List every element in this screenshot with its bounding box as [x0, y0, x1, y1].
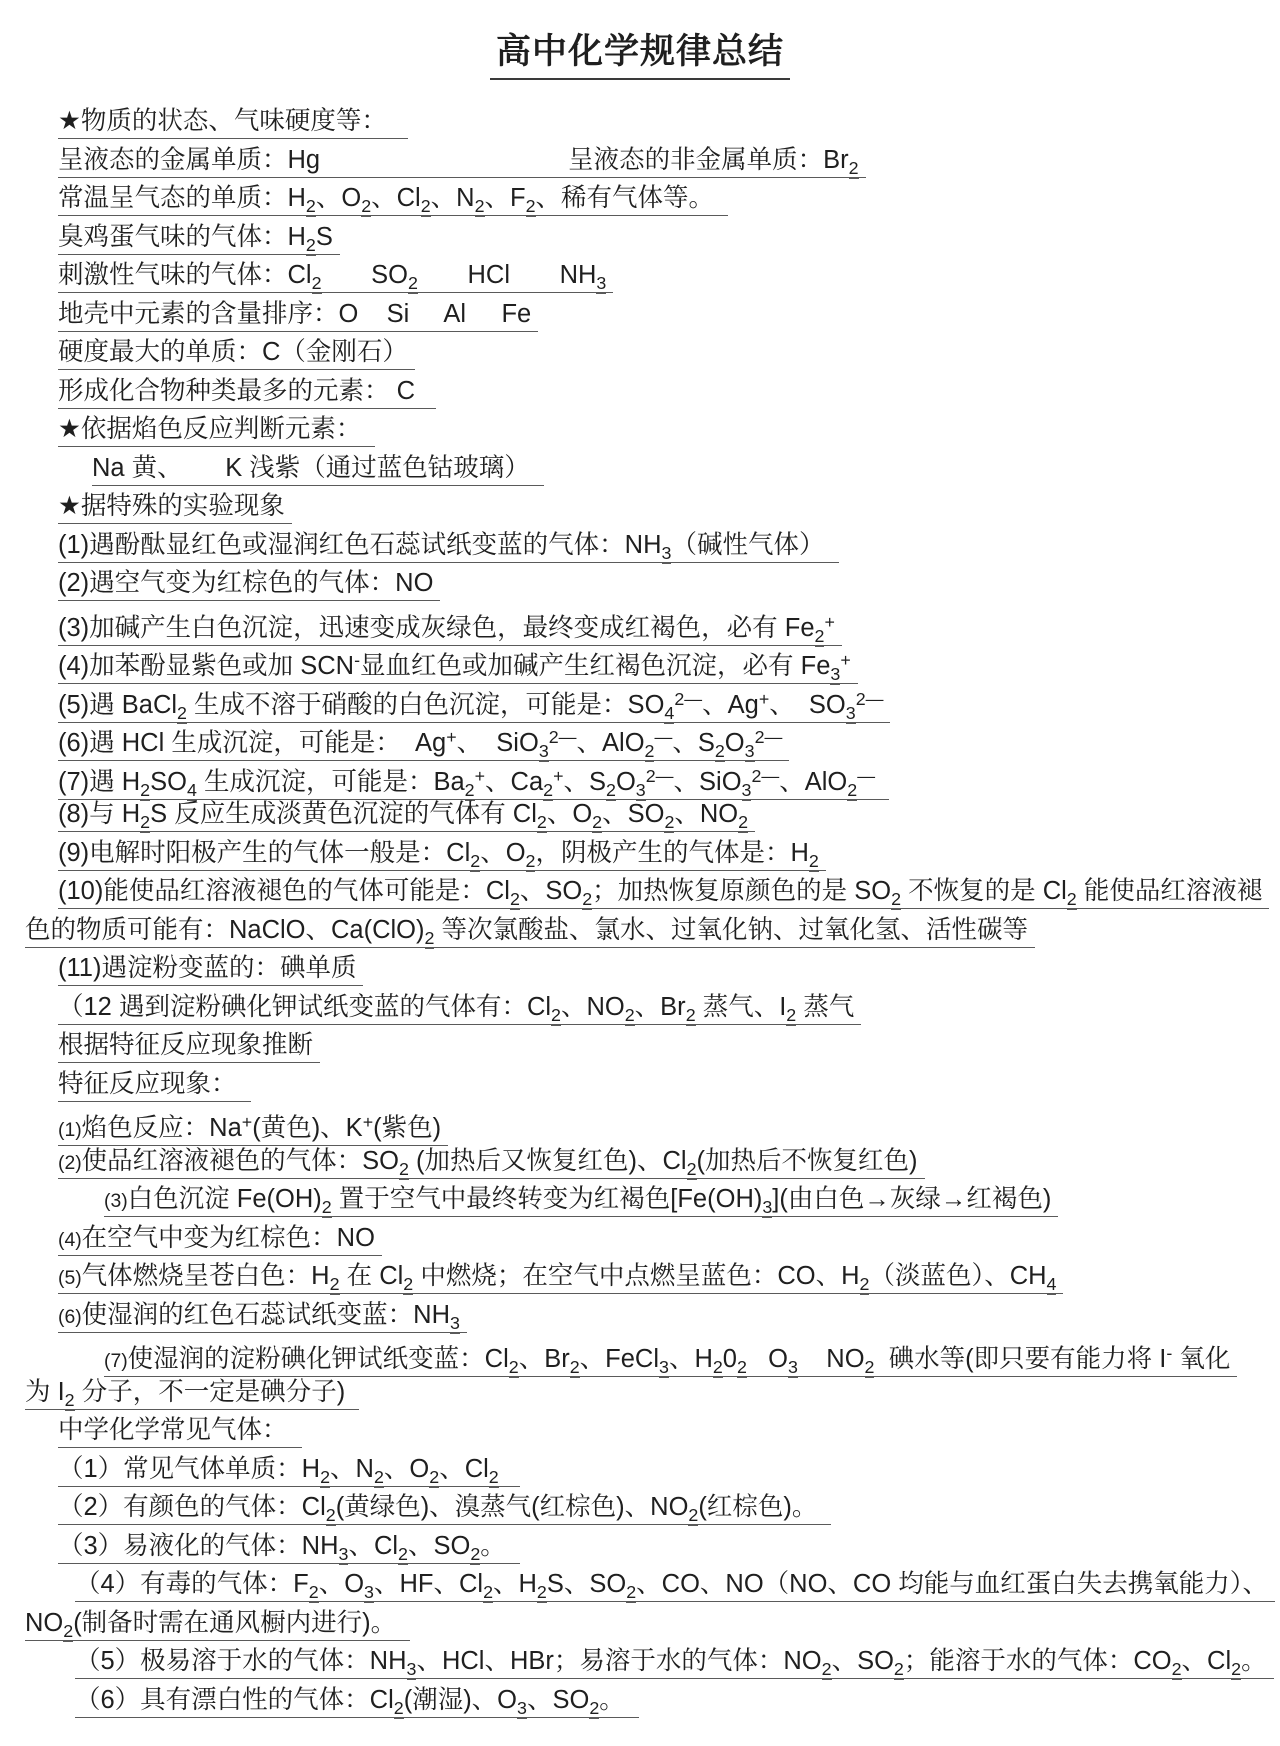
text-line: (2)遇空气变为红棕色的气体：NO — [58, 564, 1280, 603]
text-line-content: （12 遇到淀粉碘化钾试纸变蓝的气体有：Cl2、NO2、Br2 蒸气、I2 蒸气 — [58, 993, 861, 1025]
text-line-content: (2)使品红溶液褪色的气体：SO2 (加热后又恢复红色)、Cl2(加热后不恢复红… — [58, 1147, 925, 1179]
text-line-content: 常温呈气态的单质：H2、O2、Cl2、N2、F2、稀有气体等。 — [58, 184, 728, 216]
text-line: 臭鸡蛋气味的气体：H2S — [58, 218, 1280, 257]
text-line: (6)遇 HCl 生成沉淀，可能是： Ag+、 SiO32—、AlO2—、S2O… — [58, 718, 1280, 757]
document-page: 高中化学规律总结 ★物质的状态、气味硬度等： 呈液态的金属单质：Hg 呈液态的非… — [0, 0, 1280, 1746]
text-line: ★依据焰色反应判断元素： — [58, 410, 1280, 449]
text-line-content: 为 I2 分子，不一定是碘分子) — [25, 1378, 359, 1410]
text-line: (4)加苯酚显紫色或加 SCN-显血红色或加碱产生红褐色沉淀，必有 Fe3+ — [58, 641, 1280, 680]
text-line: (10)能使品红溶液褪色的气体可能是：Cl2、SO2；加热恢复原颜色的是 SO2… — [58, 872, 1280, 911]
text-line-content: (11)遇淀粉变蓝的：碘单质 — [58, 954, 363, 986]
text-line: （12 遇到淀粉碘化钾试纸变蓝的气体有：Cl2、NO2、Br2 蒸气、I2 蒸气 — [58, 988, 1280, 1027]
text-line: (5)遇 BaCl2 生成不溶于硝酸的白色沉淀，可能是：SO42—、Ag+、 S… — [58, 680, 1280, 719]
text-line: (7)使湿润的淀粉碘化钾试纸变蓝：Cl2、Br2、FeCl3、H202 O3 N… — [104, 1334, 1280, 1373]
text-line-content: 根据特征反应现象推断 — [58, 1031, 320, 1063]
text-line-content: ★物质的状态、气味硬度等： — [58, 107, 408, 139]
text-line: ★物质的状态、气味硬度等： — [58, 102, 1280, 141]
text-line: （1）常见气体单质：H2、N2、O2、Cl2 — [58, 1450, 1280, 1489]
text-line-content: （5）极易溶于水的气体：NH3、HCl、HBr；易溶于水的气体：NO2、SO2；… — [75, 1647, 1274, 1679]
text-line-content: 呈液态的金属单质：Hg 呈液态的非金属单质：Br2 — [58, 146, 866, 178]
text-line: （2）有颜色的气体：Cl2(黄绿色)、溴蒸气(红棕色)、NO2(红棕色)。 — [58, 1488, 1280, 1527]
text-line: (8)与 H2S 反应生成淡黄色沉淀的气体有 Cl2、O2、SO2、NO2 — [58, 795, 1280, 834]
text-line-content: 臭鸡蛋气味的气体：H2S — [58, 223, 340, 255]
text-line: (3)白色沉淀 Fe(OH)2 置于空气中最终转变为红褐色[Fe(OH)3](由… — [104, 1180, 1280, 1219]
text-line: 特征反应现象： — [58, 1065, 1280, 1104]
text-line-content: (9)电解时阳极产生的气体一般是：Cl2、O2，阴极产生的气体是：H2 — [58, 839, 826, 871]
text-line-content: （4）有毒的气体：F2、O3、HF、Cl2、H2S、SO2、CO、NO（NO、C… — [75, 1570, 1275, 1602]
text-line-content: (3)白色沉淀 Fe(OH)2 置于空气中最终转变为红褐色[Fe(OH)3](由… — [104, 1185, 1058, 1217]
text-line-content: 特征反应现象： — [58, 1070, 251, 1102]
text-line-content: （2）有颜色的气体：Cl2(黄绿色)、溴蒸气(红棕色)、NO2(红棕色)。 — [58, 1493, 831, 1525]
text-line-content: 色的物质可能有：NaClO、Ca(ClO)2 等次氯酸盐、氯水、过氧化钠、过氧化… — [25, 916, 1035, 948]
text-line: （6）具有漂白性的气体：Cl2(潮湿)、O3、SO2。 — [75, 1681, 1280, 1720]
text-line-content: (5)气体燃烧呈苍白色：H2 在 Cl2 中燃烧；在空气中点燃呈蓝色：CO、H2… — [58, 1262, 1063, 1294]
page-title: 高中化学规律总结 — [0, 0, 1280, 102]
text-line-content: (6)使湿润的红色石蕊试纸变蓝：NH3 — [58, 1301, 467, 1333]
text-line-content: ★依据焰色反应判断元素： — [58, 415, 375, 447]
text-line: (4)在空气中变为红棕色：NO — [58, 1219, 1280, 1258]
text-line: (1)焰色反应：Na+(黄色)、K+(紫色) — [58, 1103, 1280, 1142]
text-line: (5)气体燃烧呈苍白色：H2 在 Cl2 中燃烧；在空气中点燃呈蓝色：CO、H2… — [58, 1257, 1280, 1296]
text-line: 刺激性气味的气体：Cl2 SO2 HCl NH3 — [58, 256, 1280, 295]
text-line-content: 地壳中元素的含量排序：O Si Al Fe — [58, 300, 538, 332]
text-line: （5）极易溶于水的气体：NH3、HCl、HBr；易溶于水的气体：NO2、SO2；… — [75, 1642, 1280, 1681]
text-line: 常温呈气态的单质：H2、O2、Cl2、N2、F2、稀有气体等。 — [58, 179, 1280, 218]
text-line-content: （1）常见气体单质：H2、N2、O2、Cl2 — [58, 1455, 520, 1487]
text-line: 呈液态的金属单质：Hg 呈液态的非金属单质：Br2 — [58, 141, 1280, 180]
text-line: ★据特殊的实验现象 — [58, 487, 1280, 526]
text-line-content: (8)与 H2S 反应生成淡黄色沉淀的气体有 Cl2、O2、SO2、NO2 — [58, 800, 755, 832]
text-line: 色的物质可能有：NaClO、Ca(ClO)2 等次氯酸盐、氯水、过氧化钠、过氧化… — [25, 911, 1280, 950]
page-title-text: 高中化学规律总结 — [490, 32, 790, 80]
text-line: (11)遇淀粉变蓝的：碘单质 — [58, 949, 1280, 988]
text-line: 为 I2 分子，不一定是碘分子) — [25, 1373, 1280, 1412]
text-line-content: 形成化合物种类最多的元素： C — [58, 377, 436, 409]
text-line: NO2(制备时需在通风橱内进行)。 — [25, 1604, 1280, 1643]
text-line-content: ★据特殊的实验现象 — [58, 492, 292, 524]
text-line-content: (2)遇空气变为红棕色的气体：NO — [58, 569, 440, 601]
text-line: Na 黄、 K 浅紫（通过蓝色钴玻璃） — [92, 449, 1280, 488]
text-line: （4）有毒的气体：F2、O3、HF、Cl2、H2S、SO2、CO、NO（NO、C… — [75, 1565, 1280, 1604]
text-line: (1)遇酚酞显红色或湿润红色石蕊试纸变蓝的气体：NH3（碱性气体） — [58, 526, 1280, 565]
text-line-content: (1)遇酚酞显红色或湿润红色石蕊试纸变蓝的气体：NH3（碱性气体） — [58, 531, 839, 563]
text-line: 形成化合物种类最多的元素： C — [58, 372, 1280, 411]
text-line: (2)使品红溶液褪色的气体：SO2 (加热后又恢复红色)、Cl2(加热后不恢复红… — [58, 1142, 1280, 1181]
text-line-content: Na 黄、 K 浅紫（通过蓝色钴玻璃） — [92, 454, 544, 486]
text-line-content: （6）具有漂白性的气体：Cl2(潮湿)、O3、SO2。 — [75, 1686, 639, 1718]
text-line: 中学化学常见气体： — [58, 1411, 1280, 1450]
text-line: (6)使湿润的红色石蕊试纸变蓝：NH3 — [58, 1296, 1280, 1335]
text-line-content: 刺激性气味的气体：Cl2 SO2 HCl NH3 — [58, 261, 613, 293]
text-line-content: 中学化学常见气体： — [58, 1416, 302, 1448]
text-line: 根据特征反应现象推断 — [58, 1026, 1280, 1065]
text-line-content: (4)在空气中变为红棕色：NO — [58, 1224, 382, 1256]
text-line: 地壳中元素的含量排序：O Si Al Fe — [58, 295, 1280, 334]
text-line: (7)遇 H2SO4 生成沉淀，可能是：Ba2+、Ca2+、S2O32—、SiO… — [58, 757, 1280, 796]
document-body: ★物质的状态、气味硬度等： 呈液态的金属单质：Hg 呈液态的非金属单质：Br2常… — [0, 102, 1280, 1719]
text-line: (3)加碱产生白色沉淀，迅速变成灰绿色，最终变成红褐色，必有 Fe2+ — [58, 603, 1280, 642]
text-line: (9)电解时阳极产生的气体一般是：Cl2、O2，阴极产生的气体是：H2 — [58, 834, 1280, 873]
text-line-content: (10)能使品红溶液褪色的气体可能是：Cl2、SO2；加热恢复原颜色的是 SO2… — [58, 877, 1269, 909]
text-line: 硬度最大的单质：C（金刚石） — [58, 333, 1280, 372]
text-line-content: （3）易液化的气体：NH3、Cl2、SO2。 — [58, 1532, 520, 1564]
text-line-content: 硬度最大的单质：C（金刚石） — [58, 338, 415, 370]
text-line: （3）易液化的气体：NH3、Cl2、SO2。 — [58, 1527, 1280, 1566]
text-line-content: NO2(制备时需在通风橱内进行)。 — [25, 1609, 410, 1641]
